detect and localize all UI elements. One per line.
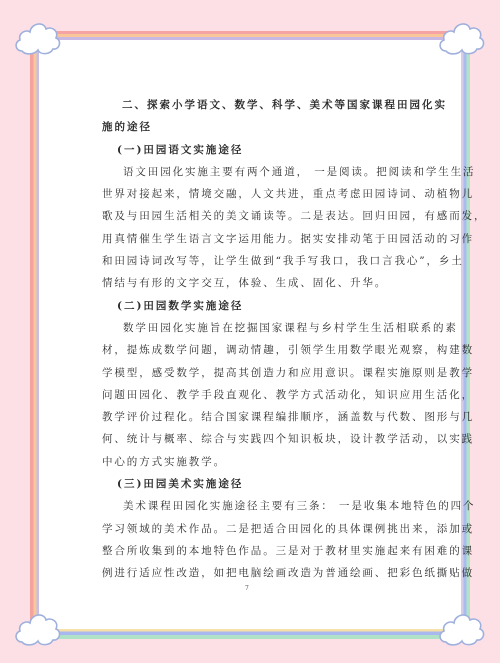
page-frame: 二、探索小学语文、数学、科学、美术等国家课程田园化实 施的途径 (一)田园语文实…: [0, 0, 500, 663]
subsection-heading-chinese: (一)田园语文实施途径: [102, 139, 400, 161]
paragraph-line: 例进行适应性改造，如把电脑绘画改造为普通绘画、把彩色纸撕贴做: [102, 562, 400, 584]
paragraph-line: 美术课程田园化实施途径主要有三条： 一是收集本地特色的四个: [102, 495, 400, 517]
paragraph-line: 学模型，感受数学，提高其创造力和应用意识。课程实施原则是教学: [102, 362, 400, 384]
rainbow-border-left: [30, 50, 39, 622]
paragraph-line: 教学评价过程化。结合国家课程编排顺序，涵盖数与代数、图形与几: [102, 406, 400, 428]
document-body: 二、探索小学语文、数学、科学、美术等国家课程田园化实 施的途径 (一)田园语文实…: [102, 94, 400, 585]
section-title-continued: 施的途径: [102, 116, 400, 138]
subsection-heading-math: (二)田园数学实施途径: [102, 295, 400, 317]
cloud-icon: [12, 608, 64, 650]
paragraph-line: 歌及与田园生活相关的美文诵读等。二是表达。回归田园，有感而发，: [102, 205, 400, 227]
paragraph-line: 语文田园化实施主要有两个通道， 一是阅读。把阅读和学生生活: [102, 161, 400, 183]
subsection-heading-art: (三)田园美术实施途径: [102, 473, 400, 495]
paragraph-line: 数学田园化实施旨在挖掘国家课程与乡村学生生活相联系的素: [102, 317, 400, 339]
section-title: 二、探索小学语文、数学、科学、美术等国家课程田园化实: [102, 94, 400, 116]
page-number: 7: [245, 585, 249, 592]
rainbow-border-bottom: [52, 629, 448, 639]
paragraph-line: 用真情催生学生语言文字运用能力。据实安排动笔于田园活动的习作: [102, 228, 400, 250]
paragraph-line: 世界对接起来，情境交融，人文共进，重点考虑田园诗词、动植物儿: [102, 183, 400, 205]
rainbow-border-right: [461, 50, 470, 622]
paragraph-line: 材，提炼成数学问题，调动情趣，引领学生用数学眼光观察，构建数: [102, 339, 400, 361]
cloud-icon: [12, 17, 64, 59]
paragraph-line: 问题田园化、教学手段直观化、教学方式活动化，知识应用生活化，: [102, 384, 400, 406]
paragraph-line: 和田园诗词改写等，让学生做到“我手写我口，我口言我心”，乡土: [102, 250, 400, 272]
paragraph-line: 情结与有形的文字交互，体验、生成、固化、升华。: [102, 272, 400, 294]
rainbow-border-top: [52, 31, 448, 40]
paragraph-line: 学习领域的美术作品。二是把适合田园化的具体课例挑出来，添加或: [102, 518, 400, 540]
cloud-icon: [436, 608, 488, 650]
paragraph-line: 中心的方式实施教学。: [102, 451, 400, 473]
cloud-icon: [436, 17, 488, 59]
paragraph-line: 何、统计与概率、综合与实践四个知识板块，设计教学活动，以实践: [102, 428, 400, 450]
paragraph-line: 整合所收集到的本地特色作品。三是对于教材里实施起来有困难的课: [102, 540, 400, 562]
